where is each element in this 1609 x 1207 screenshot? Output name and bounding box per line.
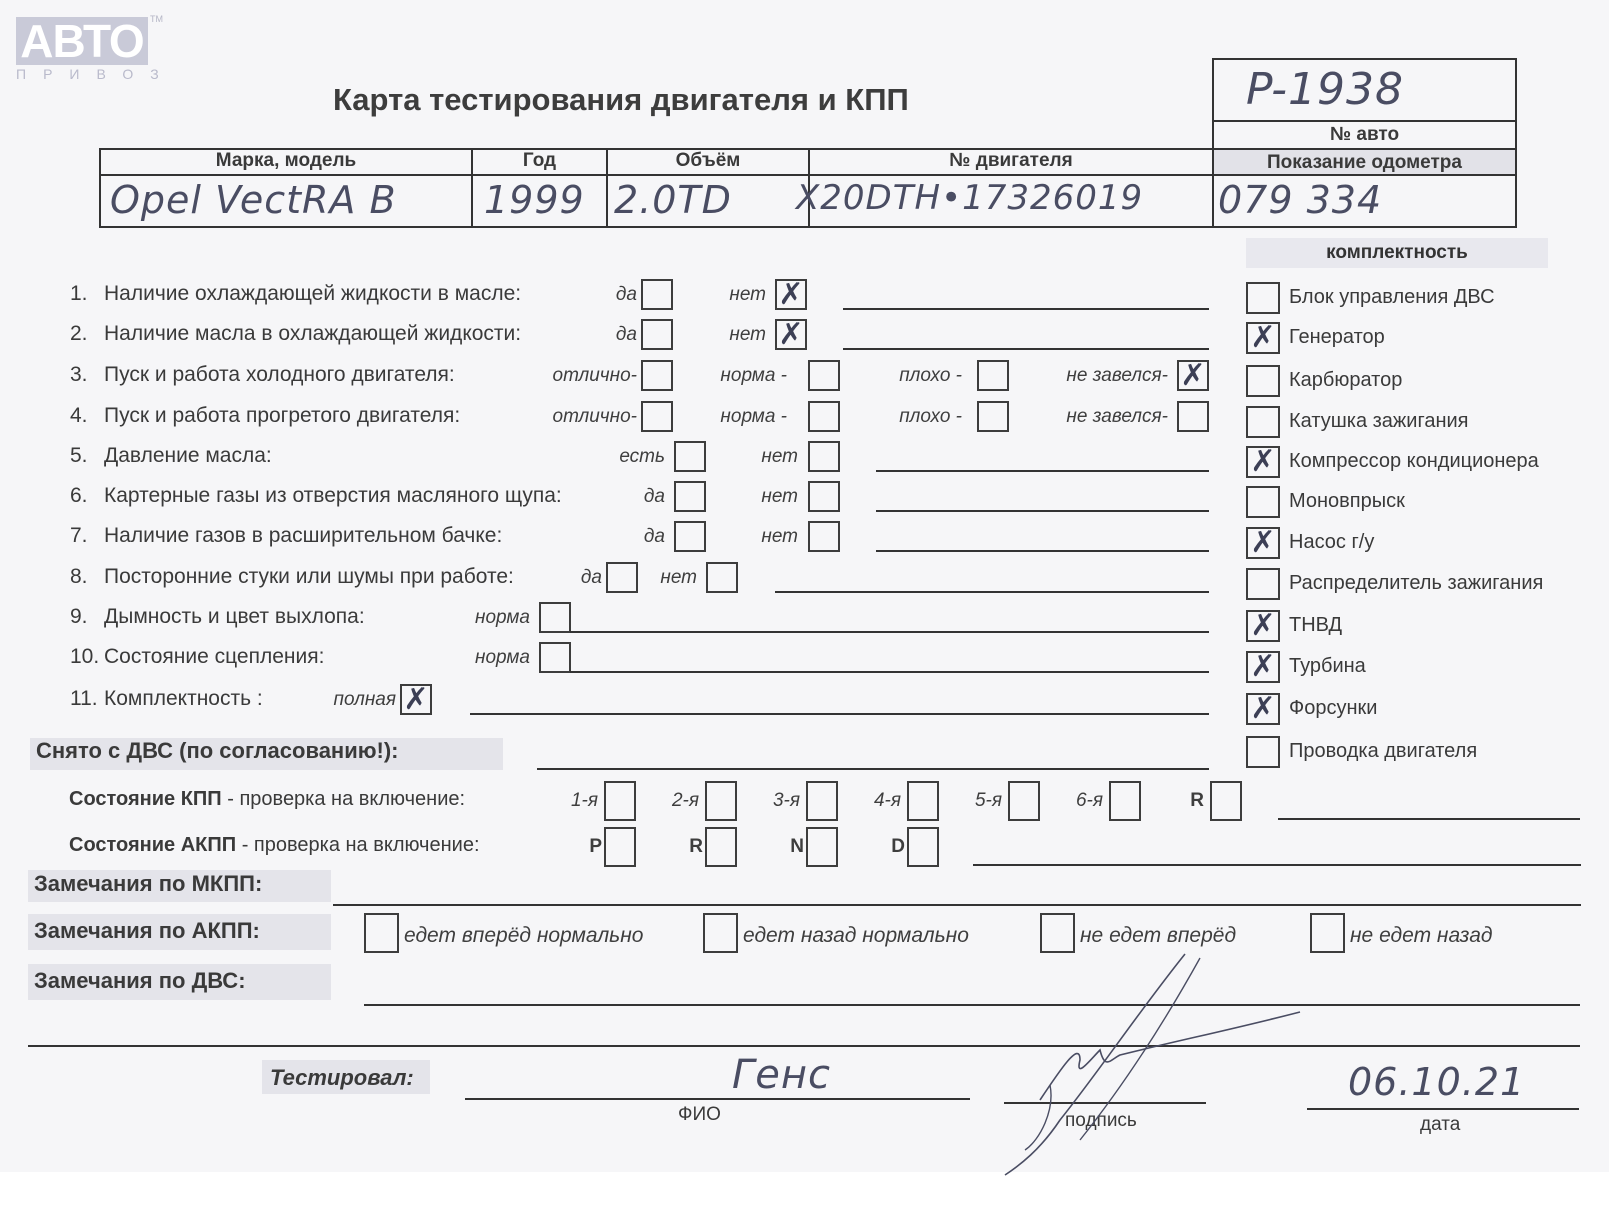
question-number: 4. <box>70 404 104 428</box>
kit-item-label: Компрессор кондиционера <box>1289 450 1539 473</box>
akpp-remark-label: не едет назад <box>1350 924 1492 948</box>
option-checkbox[interactable] <box>641 279 673 310</box>
check-mark-icon: ✗ <box>1179 362 1207 389</box>
gear-checkbox[interactable] <box>705 781 737 821</box>
odometer-value[interactable]: 079 334 <box>1218 178 1382 222</box>
gear-checkbox[interactable] <box>907 781 939 821</box>
year-value[interactable]: 1999 <box>484 178 585 222</box>
kit-item-label: Генератор <box>1289 326 1385 349</box>
kit-checkbox[interactable] <box>1246 365 1280 397</box>
option-checkbox[interactable] <box>641 401 673 432</box>
page-title: Карта тестирования двигателя и КПП <box>333 82 909 118</box>
question-text: 8.Посторонние стуки или шумы при работе: <box>70 565 514 589</box>
date-line[interactable] <box>1307 1108 1579 1110</box>
option-checkbox[interactable] <box>808 481 840 512</box>
akpp-remark-label: едет назад нормально <box>743 924 969 948</box>
notes-line[interactable] <box>470 713 1209 715</box>
kit-checkbox[interactable] <box>1246 736 1280 768</box>
option-label: плохо - <box>899 365 962 387</box>
option-label: плохо - <box>899 406 962 428</box>
kit-item-label: Насос г/у <box>1289 531 1374 554</box>
col-volume: Объём <box>608 150 808 172</box>
signature-scribble <box>980 950 1310 1180</box>
gear-checkbox[interactable] <box>1109 781 1141 821</box>
option-checkbox[interactable] <box>977 360 1009 391</box>
check-mark-icon: ✗ <box>777 281 805 308</box>
question-number: 9. <box>70 605 104 629</box>
question-text: 10.Состояние сцепления: <box>70 645 324 669</box>
question-number: 11. <box>70 687 104 711</box>
option-checkbox[interactable] <box>539 642 571 673</box>
option-label: отлично- <box>553 365 637 387</box>
option-label: отлично- <box>553 406 637 428</box>
mode-checkbox[interactable] <box>604 827 636 867</box>
mode-label: N <box>790 836 804 858</box>
logo: АВТО <box>16 17 148 65</box>
option-label: норма <box>475 607 530 629</box>
name-value[interactable]: Генс <box>732 1052 831 1098</box>
gear-label: R <box>1190 790 1204 812</box>
gear-checkbox[interactable] <box>604 781 636 821</box>
akpp-remark-checkbox[interactable] <box>364 913 399 953</box>
removed-label: Снято с ДВС (по согласованию!): <box>36 738 399 764</box>
kit-checkbox[interactable] <box>1246 406 1280 438</box>
gear-checkbox[interactable] <box>1008 781 1040 821</box>
option-checkbox[interactable] <box>706 562 738 593</box>
notes-line[interactable] <box>570 671 1209 673</box>
question-number: 5. <box>70 444 104 468</box>
akpp-title-rest: - проверка на включение: <box>236 834 479 856</box>
kit-item-label: Распределитель зажигания <box>1289 572 1543 595</box>
option-checkbox[interactable] <box>641 360 673 391</box>
notes-line[interactable] <box>775 591 1209 593</box>
question-number: 3. <box>70 363 104 387</box>
akpp-remark-checkbox[interactable] <box>1040 913 1075 953</box>
question-number: 10. <box>70 645 104 669</box>
option-label: норма - <box>720 365 787 387</box>
kit-checkbox[interactable]: ✗ <box>1246 322 1280 354</box>
question-label: Посторонние стуки или шумы при работе: <box>104 565 514 588</box>
remarks-mkpp-label: Замечания по МКПП: <box>34 871 262 897</box>
date-caption: дата <box>1420 1114 1460 1136</box>
col-model: Марка, модель <box>101 150 471 172</box>
col-year: Год <box>473 150 606 172</box>
question-label: Наличие газов в расширительном бачке: <box>104 524 502 547</box>
remarks-mkpp-line[interactable] <box>333 904 1581 906</box>
option-label: нет <box>761 446 798 468</box>
question-number: 8. <box>70 565 104 589</box>
auto-number-value: P-1938 <box>1246 64 1404 115</box>
kit-checkbox[interactable] <box>1246 486 1280 518</box>
option-checkbox[interactable] <box>808 401 840 432</box>
question-label: Наличие масла в охлаждающей жидкости: <box>104 322 521 345</box>
logo-tm: TM <box>150 14 163 24</box>
question-label: Дымность и цвет выхлопа: <box>104 605 365 628</box>
kit-checkbox[interactable]: ✗ <box>1246 446 1280 478</box>
scanned-form: АВТО TM ПРИВОЗ Карта тестирования двигат… <box>0 0 1609 1172</box>
notes-line[interactable] <box>570 631 1209 633</box>
kit-item-label: Проводка двигателя <box>1289 740 1477 763</box>
kit-item-label: Моновпрыск <box>1289 490 1405 513</box>
mode-label: P <box>589 836 602 858</box>
question-label: Картерные газы из отверстия масляного щу… <box>104 484 562 507</box>
question-label: Пуск и работа холодного двигателя: <box>104 363 455 386</box>
name-line[interactable] <box>465 1098 970 1100</box>
mode-label: D <box>891 836 905 858</box>
engine-number-value[interactable]: X20DTH•17326019 <box>796 178 1143 218</box>
remarks-akpp-label: Замечания по АКПП: <box>34 918 260 944</box>
mode-checkbox[interactable] <box>806 827 838 867</box>
option-label: норма - <box>720 406 787 428</box>
question-number: 2. <box>70 322 104 346</box>
option-checkbox[interactable] <box>674 521 706 552</box>
option-label: полная <box>334 689 397 711</box>
option-label: да <box>581 567 602 589</box>
check-mark-icon: ✗ <box>1248 529 1278 557</box>
mode-checkbox[interactable] <box>907 827 939 867</box>
option-label: норма <box>475 647 530 669</box>
remarks-dvs-label: Замечания по ДВС: <box>34 968 246 994</box>
kit-item-label: Блок управления ДВС <box>1289 286 1495 309</box>
gear-label: 1-я <box>571 790 598 812</box>
question-label: Комплектность : <box>104 687 263 710</box>
question-number: 1. <box>70 282 104 306</box>
check-mark-icon: ✗ <box>1248 324 1278 352</box>
question-label: Давление масла: <box>104 444 272 467</box>
question-text: 4.Пуск и работа прогретого двигателя: <box>70 404 460 428</box>
kpp-title: Состояние КПП - проверка на включение: <box>69 788 465 811</box>
gear-checkbox[interactable] <box>1210 781 1242 821</box>
option-checkbox[interactable]: ✗ <box>775 279 807 310</box>
gear-label: 3-я <box>773 790 800 812</box>
option-checkbox[interactable] <box>808 441 840 472</box>
option-label: да <box>616 324 637 346</box>
check-mark-icon: ✗ <box>777 321 805 348</box>
kit-item-label: Турбина <box>1289 655 1366 678</box>
option-checkbox[interactable] <box>674 481 706 512</box>
kit-item-label: Форсунки <box>1289 697 1377 720</box>
option-checkbox[interactable]: ✗ <box>400 684 432 715</box>
option-label: да <box>644 526 665 548</box>
kit-checkbox[interactable] <box>1246 282 1280 314</box>
check-mark-icon: ✗ <box>1248 612 1278 640</box>
check-mark-icon: ✗ <box>1248 448 1278 476</box>
check-mark-icon: ✗ <box>402 686 430 713</box>
question-text: 5.Давление масла: <box>70 444 272 468</box>
notes-line[interactable] <box>876 550 1209 552</box>
kit-item-label: ТНВД <box>1289 614 1342 637</box>
option-checkbox[interactable] <box>808 360 840 391</box>
question-text: 7.Наличие газов в расширительном бачке: <box>70 524 502 548</box>
akpp-remark-checkbox[interactable] <box>1310 913 1345 953</box>
option-label: да <box>616 284 637 306</box>
option-checkbox[interactable] <box>674 441 706 472</box>
col-engine-number: № двигателя <box>810 150 1212 172</box>
gear-label: 4-я <box>874 790 901 812</box>
question-text: 2.Наличие масла в охлаждающей жидкости: <box>70 322 521 346</box>
kit-checkbox[interactable] <box>1246 568 1280 600</box>
option-label: есть <box>619 446 665 468</box>
kit-checkbox[interactable]: ✗ <box>1246 693 1280 725</box>
kpp-title-bold: Состояние КПП <box>69 788 222 810</box>
kit-checkbox[interactable]: ✗ <box>1246 651 1280 683</box>
logo-subtitle: ПРИВОЗ <box>16 66 176 82</box>
kpp-title-rest: - проверка на включение: <box>222 788 465 810</box>
question-text: 6.Картерные газы из отверстия масляного … <box>70 484 562 508</box>
gear-label: 5-я <box>975 790 1002 812</box>
option-label: нет <box>761 486 798 508</box>
gear-label: 6-я <box>1076 790 1103 812</box>
name-caption: ФИО <box>678 1104 721 1126</box>
col-odometer: Показание одометра <box>1214 152 1515 174</box>
removed-line[interactable] <box>537 768 1209 770</box>
remarks-dvs-line-2[interactable] <box>28 1045 1580 1047</box>
option-label: нет <box>761 526 798 548</box>
option-checkbox[interactable] <box>641 319 673 350</box>
question-number: 6. <box>70 484 104 508</box>
option-label: да <box>644 486 665 508</box>
question-label: Пуск и работа прогретого двигателя: <box>104 404 460 427</box>
akpp-remark-label: едет вперёд нормально <box>404 924 643 948</box>
question-text: 1.Наличие охлаждающей жидкости в масле: <box>70 282 521 306</box>
notes-line[interactable] <box>843 308 1209 310</box>
kit-item-label: Катушка зажигания <box>1289 410 1469 433</box>
mode-checkbox[interactable] <box>705 827 737 867</box>
question-number: 7. <box>70 524 104 548</box>
option-checkbox[interactable] <box>1177 401 1209 432</box>
question-label: Состояние сцепления: <box>104 645 324 668</box>
gear-checkbox[interactable] <box>806 781 838 821</box>
model-value[interactable]: Opel VectRA B <box>110 178 397 222</box>
option-label: нет <box>729 324 766 346</box>
option-label: не завелся- <box>1066 406 1168 428</box>
question-text: 11.Комплектность : <box>70 687 263 711</box>
akpp-title: Состояние АКПП - проверка на включение: <box>69 834 480 857</box>
notes-line[interactable] <box>876 470 1209 472</box>
option-checkbox[interactable] <box>977 401 1009 432</box>
akpp-remark-label: не едет вперёд <box>1080 924 1236 948</box>
gear-label: 2-я <box>672 790 699 812</box>
tested-by-label: Тестировал: <box>270 1065 414 1091</box>
date-value[interactable]: 06.10.21 <box>1348 1060 1525 1104</box>
kpp-notes-line[interactable] <box>1278 818 1580 820</box>
question-label: Наличие охлаждающей жидкости в масле: <box>104 282 521 305</box>
akpp-remark-checkbox[interactable] <box>703 913 738 953</box>
kit-checkbox[interactable]: ✗ <box>1246 527 1280 559</box>
check-mark-icon: ✗ <box>1248 653 1278 681</box>
mode-label: R <box>689 836 703 858</box>
akpp-notes-line[interactable] <box>973 864 1581 866</box>
option-checkbox[interactable] <box>808 521 840 552</box>
remarks-dvs-line-1[interactable] <box>364 1004 1580 1006</box>
question-text: 9.Дымность и цвет выхлопа: <box>70 605 365 629</box>
option-checkbox[interactable]: ✗ <box>775 319 807 350</box>
option-checkbox[interactable] <box>606 562 638 593</box>
option-label: нет <box>729 284 766 306</box>
notes-line[interactable] <box>843 348 1209 350</box>
kit-item-label: Карбюратор <box>1289 369 1402 392</box>
notes-line[interactable] <box>876 510 1209 512</box>
option-checkbox[interactable] <box>539 602 571 633</box>
volume-value[interactable]: 2.0TD <box>614 178 732 222</box>
kit-checkbox[interactable]: ✗ <box>1246 610 1280 642</box>
akpp-title-bold: Состояние АКПП <box>69 834 236 856</box>
kit-heading: комплектность <box>1246 238 1548 268</box>
option-label: нет <box>660 567 697 589</box>
option-checkbox[interactable]: ✗ <box>1177 360 1209 391</box>
check-mark-icon: ✗ <box>1248 695 1278 723</box>
option-label: не завелся- <box>1066 365 1168 387</box>
auto-number-label: № авто <box>1212 124 1517 146</box>
question-text: 3.Пуск и работа холодного двигателя: <box>70 363 455 387</box>
